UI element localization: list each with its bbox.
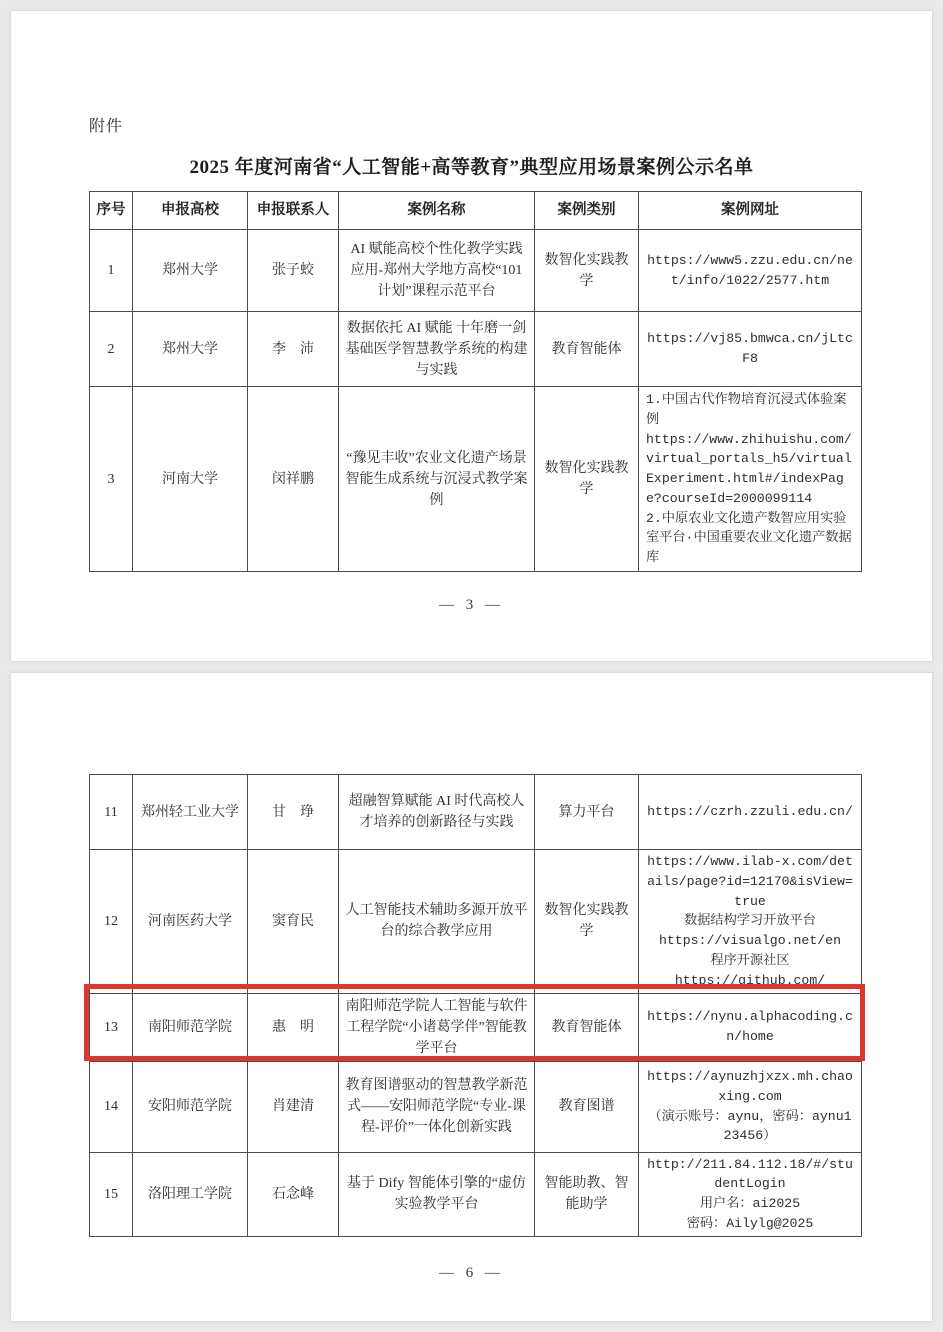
row-number-cell: 2 [90,312,133,387]
school-cell: 洛阳理工学院 [133,1152,248,1236]
school-cell: 河南大学 [133,387,248,572]
column-header: 申报联系人 [248,192,339,230]
school-cell: 南阳师范学院 [133,993,248,1061]
table-row: 1郑州大学张子蛟AI 赋能高校个性化教学实践应用-郑州大学地方高校“101 计划… [90,230,862,312]
url-cell: https://vj85.bmwca.cn/jLtcF8 [639,312,862,387]
category-cell: 教育智能体 [535,993,639,1061]
column-header: 申报高校 [133,192,248,230]
contact-cell: 惠 明 [248,993,339,1061]
url-cell: http://211.84.112.18/#/studentLogin 用户名：… [639,1152,862,1236]
school-cell: 郑州大学 [133,312,248,387]
case-name-cell: “豫见丰收”农业文化遗产场景智能生成系统与沉浸式教学案例 [339,387,535,572]
cases-table-page3-wrap: 序号申报高校申报联系人案例名称案例类别案例网址 1郑州大学张子蛟AI 赋能高校个… [89,191,865,572]
category-cell: 数智化实践教学 [535,387,639,572]
case-name-cell: 超融智算赋能 AI 时代高校人才培养的创新路径与实践 [339,775,535,850]
case-name-cell: AI 赋能高校个性化教学实践应用-郑州大学地方高校“101 计划”课程示范平台 [339,230,535,312]
url-cell: 1.中国古代作物培育沉浸式体验案例 https://www.zhihuishu.… [639,387,862,572]
table-row: 14安阳师范学院肖建清教育图谱驱动的智慧教学新范式——安阳师范学院“专业-课程-… [90,1061,862,1152]
row-number-cell: 15 [90,1152,133,1236]
contact-cell: 李 沛 [248,312,339,387]
column-header: 案例名称 [339,192,535,230]
row-number-cell: 12 [90,850,133,994]
case-name-cell: 数据依托 AI 赋能 十年磨一剑基础医学智慧教学系统的构建与实践 [339,312,535,387]
column-header: 序号 [90,192,133,230]
row-number-cell: 11 [90,775,133,850]
category-cell: 教育图谱 [535,1061,639,1152]
category-cell: 数智化实践教学 [535,850,639,994]
cases-table-page6-wrap: 11郑州轻工业大学甘 琤超融智算赋能 AI 时代高校人才培养的创新路径与实践算力… [89,774,865,1237]
table-row: 11郑州轻工业大学甘 琤超融智算赋能 AI 时代高校人才培养的创新路径与实践算力… [90,775,862,850]
cases-table-page3: 序号申报高校申报联系人案例名称案例类别案例网址 1郑州大学张子蛟AI 赋能高校个… [89,191,862,572]
category-cell: 智能助教、智能助学 [535,1152,639,1236]
table-row: 2郑州大学李 沛数据依托 AI 赋能 十年磨一剑基础医学智慧教学系统的构建与实践… [90,312,862,387]
url-cell: https://www.ilab-x.com/details/page?id=1… [639,850,862,994]
contact-cell: 窦育民 [248,850,339,994]
table-row-highlighted: 13南阳师范学院惠 明南阳师范学院人工智能与软件工程学院“小诸葛学伴”智能教学平… [90,993,862,1061]
table-row: 3河南大学闵祥鹏“豫见丰收”农业文化遗产场景智能生成系统与沉浸式教学案例数智化实… [90,387,862,572]
contact-cell: 甘 琤 [248,775,339,850]
cases-table-page6: 11郑州轻工业大学甘 琤超融智算赋能 AI 时代高校人才培养的创新路径与实践算力… [89,774,862,1237]
contact-cell: 石念峰 [248,1152,339,1236]
category-cell: 算力平台 [535,775,639,850]
row-number-cell: 13 [90,993,133,1061]
document-page-6: 11郑州轻工业大学甘 琤超融智算赋能 AI 时代高校人才培养的创新路径与实践算力… [10,672,933,1322]
case-name-cell: 人工智能技术辅助多源开放平台的综合教学应用 [339,850,535,994]
url-cell: https://czrh.zzuli.edu.cn/ [639,775,862,850]
school-cell: 安阳师范学院 [133,1061,248,1152]
category-cell: 数智化实践教学 [535,230,639,312]
row-number-cell: 1 [90,230,133,312]
case-name-cell: 南阳师范学院人工智能与软件工程学院“小诸葛学伴”智能教学平台 [339,993,535,1061]
case-name-cell: 教育图谱驱动的智慧教学新范式——安阳师范学院“专业-课程-评价”一体化创新实践 [339,1061,535,1152]
contact-cell: 张子蛟 [248,230,339,312]
school-cell: 郑州大学 [133,230,248,312]
page-number-footer: — 6 — [11,1265,932,1282]
url-cell: https://aynuzhjxzx.mh.chaoxing.com （演示账号… [639,1061,862,1152]
page-number-footer: — 3 — [11,597,932,614]
school-cell: 郑州轻工业大学 [133,775,248,850]
table-row: 15洛阳理工学院石念峰基于 Dify 智能体引擎的“虚仿实验教学平台智能助教、智… [90,1152,862,1236]
table-header-row: 序号申报高校申报联系人案例名称案例类别案例网址 [90,192,862,230]
contact-cell: 闵祥鹏 [248,387,339,572]
url-cell: https://nynu.alphacoding.cn/home [639,993,862,1061]
school-cell: 河南医药大学 [133,850,248,994]
column-header: 案例网址 [639,192,862,230]
case-name-cell: 基于 Dify 智能体引擎的“虚仿实验教学平台 [339,1152,535,1236]
row-number-cell: 14 [90,1061,133,1152]
document-page-3: 附件 2025 年度河南省“人工智能+高等教育”典型应用场景案例公示名单 序号申… [10,10,933,662]
url-cell: https://www5.zzu.edu.cn/net/info/1022/25… [639,230,862,312]
document-title: 2025 年度河南省“人工智能+高等教育”典型应用场景案例公示名单 [11,152,932,179]
column-header: 案例类别 [535,192,639,230]
attachment-label: 附件 [89,113,123,136]
row-number-cell: 3 [90,387,133,572]
contact-cell: 肖建清 [248,1061,339,1152]
category-cell: 教育智能体 [535,312,639,387]
table-row: 12河南医药大学窦育民人工智能技术辅助多源开放平台的综合教学应用数智化实践教学h… [90,850,862,994]
